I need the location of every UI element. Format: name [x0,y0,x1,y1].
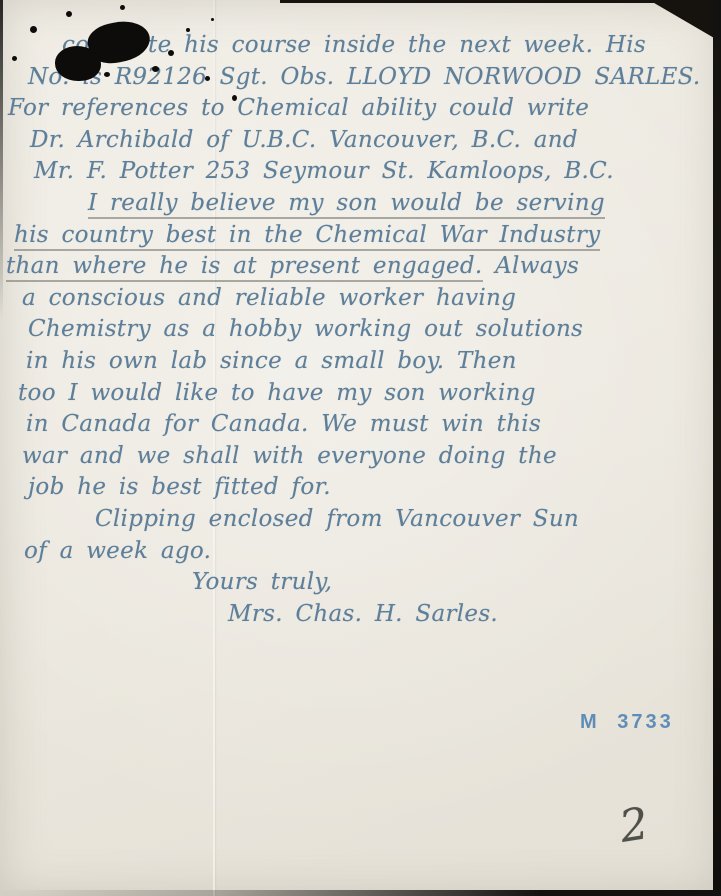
scan-edge-right [713,0,721,896]
letter-line: in his own lab since a small boy. Then [0,346,715,378]
ink-speck [12,56,17,61]
letter-text-segment: Mrs. Chas. H. Sarles. [228,601,498,627]
ink-speck [168,50,174,56]
ink-blot [55,46,101,81]
ink-speck [66,11,72,17]
letter-text-segment: For references to Chemical ability could… [8,95,589,121]
ink-speck [205,76,210,81]
scan-edge-left [0,0,3,320]
letter-text-segment: Yours truly, [192,569,332,595]
letter-text-segment: a conscious and reliable worker having [22,285,516,311]
letter-line: war and we shall with everyone doing the [0,441,715,473]
letter-line: No. is R92126 Sgt. Obs. LLOYD NORWOOD SA… [0,62,715,94]
letter-text-segment: of a week ago. [24,538,211,564]
letter-line: job he is best fitted for. [0,472,715,504]
ink-speck [152,66,159,72]
letter-line: For references to Chemical ability could… [0,93,715,125]
ink-speck [186,28,190,32]
letter-line: Chemistry as a hobby working out solutio… [0,314,715,346]
letter-line: in Canada for Canada. We must win this [0,409,715,441]
letter-text-segment: I really believe my son would be serving [88,190,605,219]
letter-line: a conscious and reliable worker having [0,283,715,315]
letter-line: his country best in the Chemical War Ind… [0,220,715,252]
letter-line: I really believe my son would be serving [0,188,715,220]
letter-line: of a week ago. [0,536,715,568]
letter-text-segment: in his own lab since a small boy. Then [26,348,517,374]
letter-text-segment: war and we shall with everyone doing the [22,443,557,469]
letter-line: Mr. F. Potter 253 Seymour St. Kamloops, … [0,156,715,188]
archive-stamp: M 3733 [580,711,674,734]
ink-speck [120,5,125,10]
letter-text-segment: job he is best fitted for. [28,474,331,500]
letter-text-segment: Chemistry as a hobby working out solutio… [28,316,583,342]
letter-line: than where he is at present engaged. Alw… [0,251,715,283]
letter-lines: complete his course inside the next week… [0,30,715,630]
scan-edge-bottom [0,890,721,896]
letter-text-segment: Always [483,253,580,279]
scanned-letter-page: complete his course inside the next week… [0,0,721,896]
letter-text-segment: Dr. Archibald of U.B.C. Vancouver, B.C. … [30,127,578,153]
letter-line: too I would like to have my son working [0,378,715,410]
letter-text-segment: than where he is at present engaged. [6,253,483,282]
scan-corner-top-right [649,0,721,42]
ink-speck [30,26,37,33]
letter-text-segment: No. is R92126 Sgt. Obs. LLOYD NORWOOD SA… [28,64,701,90]
letter-line: Dr. Archibald of U.B.C. Vancouver, B.C. … [0,125,715,157]
letter-text-segment: in Canada for Canada. We must win this [26,411,541,437]
letter-line: Yours truly, [0,567,715,599]
letter-text-segment: his country best in the Chemical War Ind… [14,222,600,251]
letter-line: Clipping enclosed from Vancouver Sun [0,504,715,536]
ink-speck [104,72,110,77]
letter-text-segment: Mr. F. Potter 253 Seymour St. Kamloops, … [34,158,614,184]
ink-speck [232,95,237,101]
letter-text-segment: Clipping enclosed from Vancouver Sun [95,506,579,532]
letter-text-segment: too I would like to have my son working [18,380,536,406]
letter-line: Mrs. Chas. H. Sarles. [0,599,715,631]
ink-speck [211,18,214,21]
